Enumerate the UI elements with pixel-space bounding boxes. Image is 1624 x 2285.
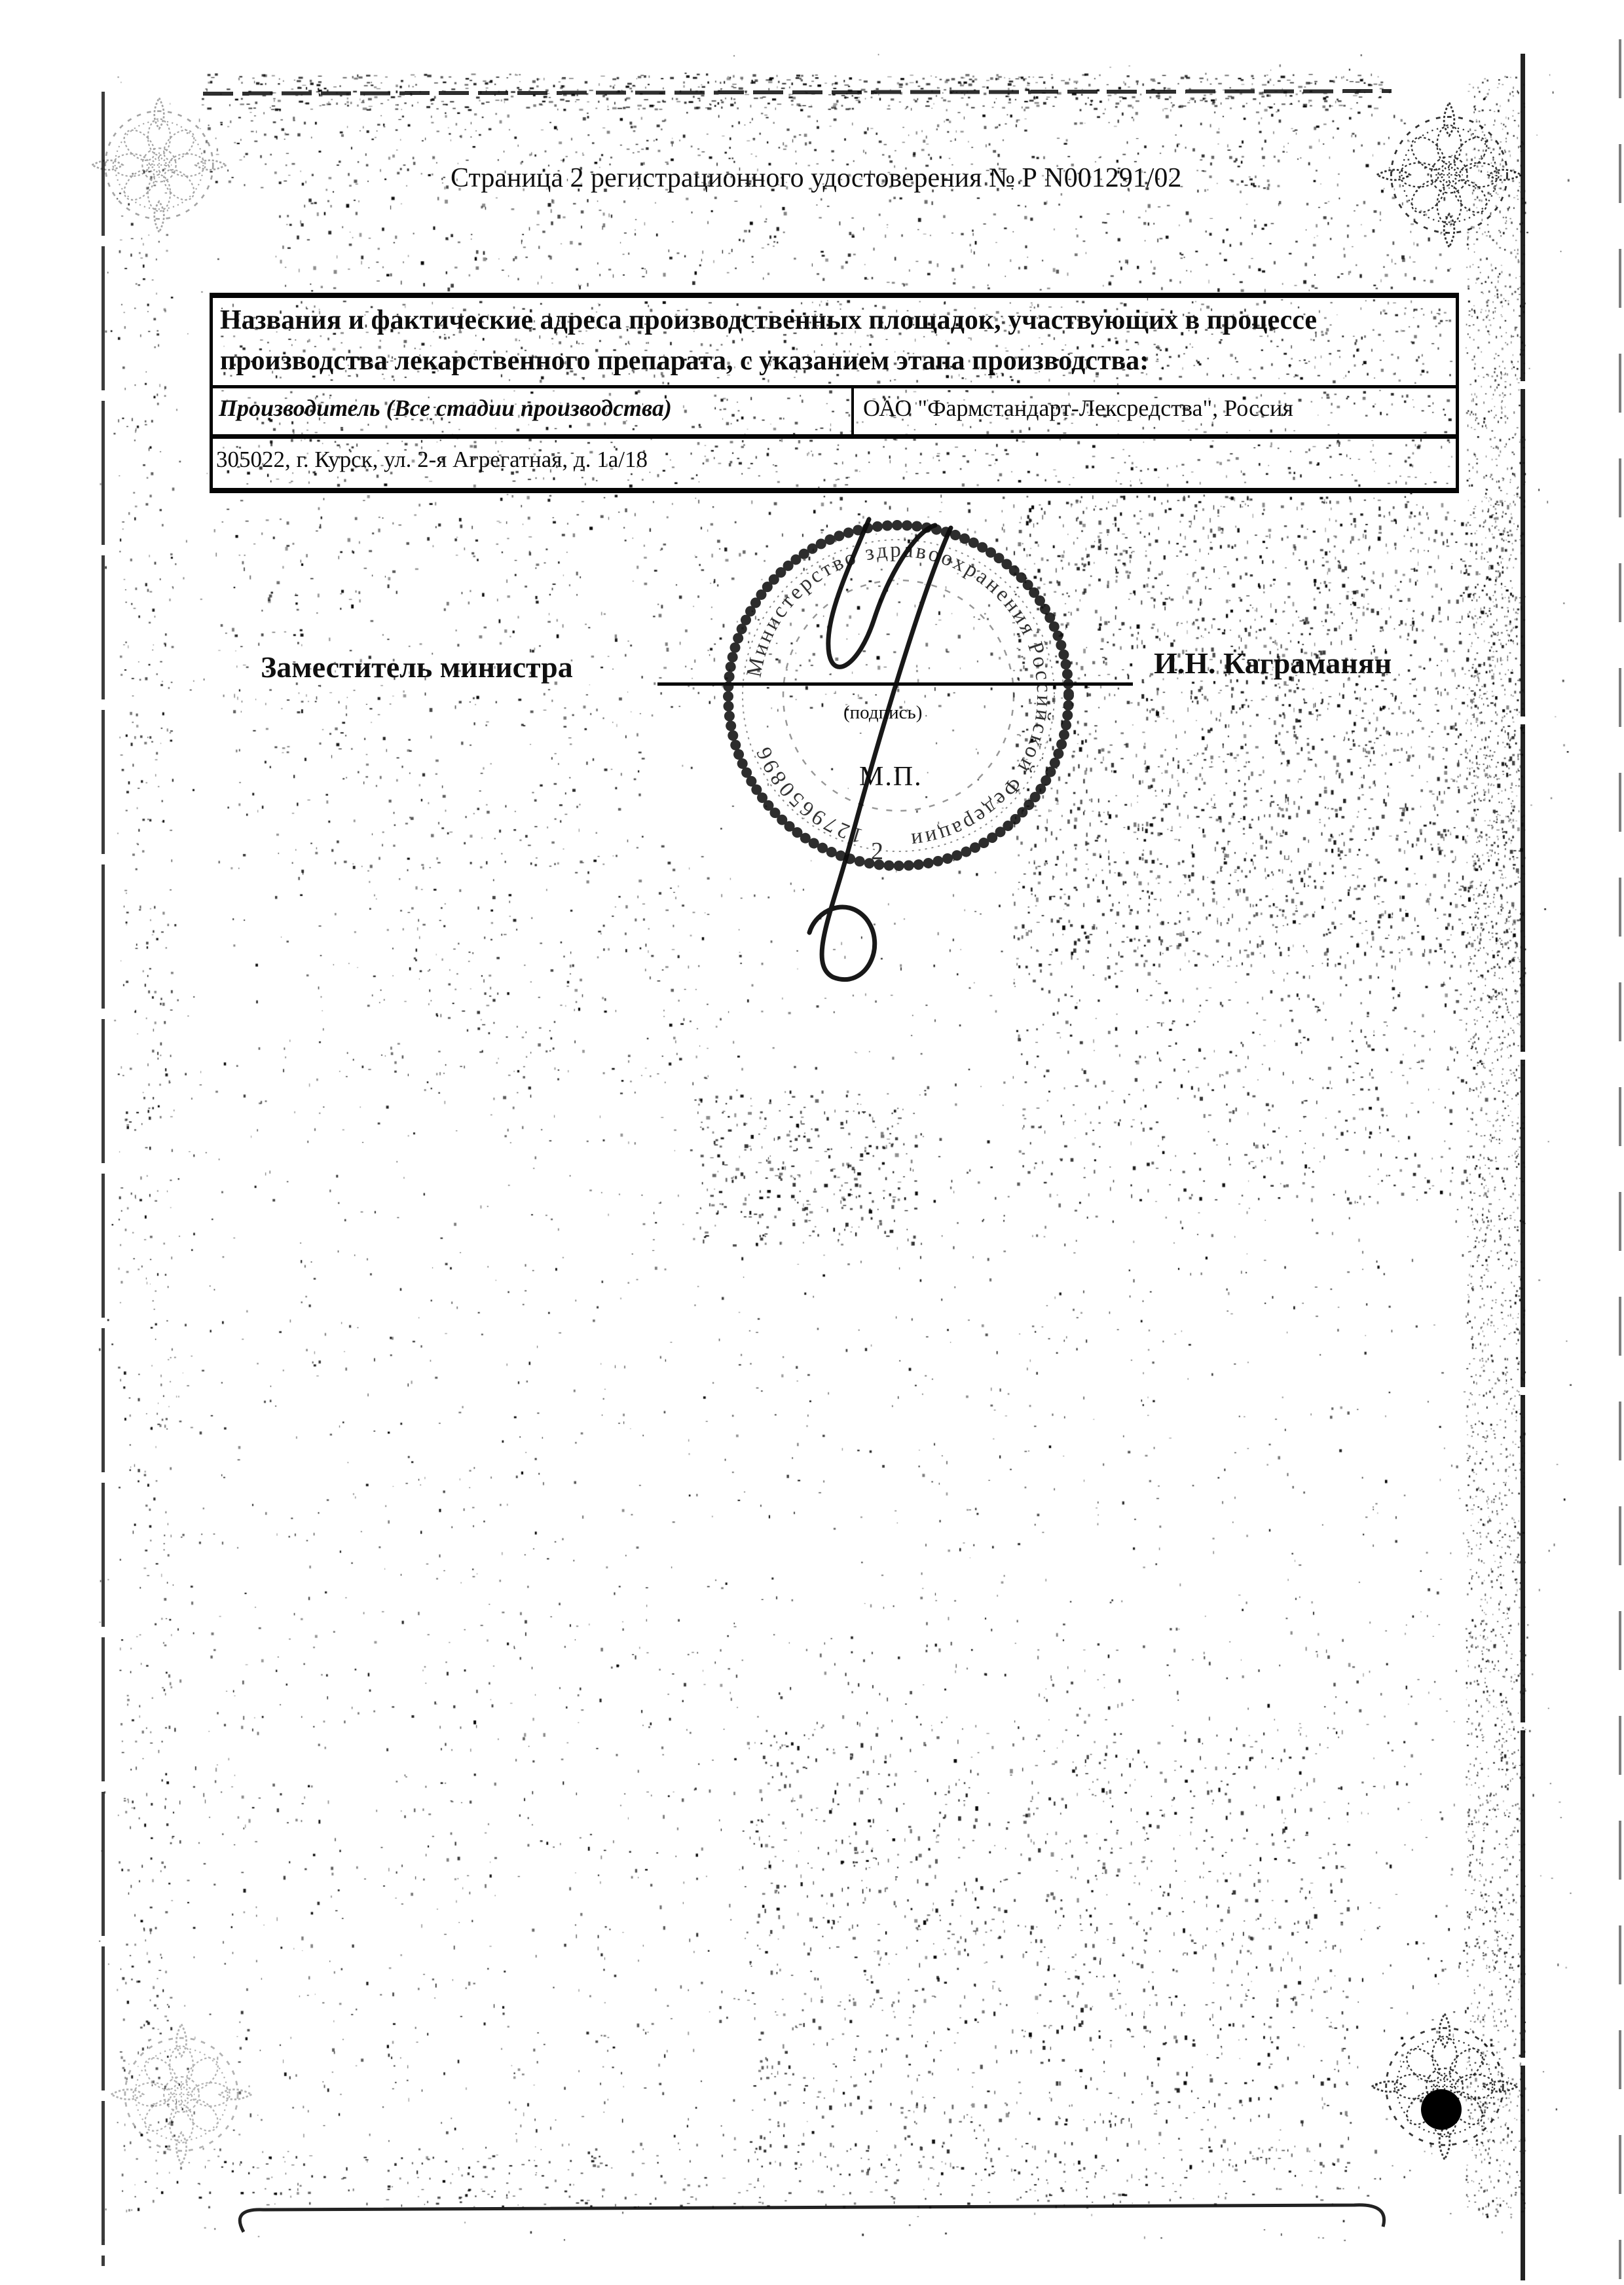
table-divider-1: [210, 385, 1459, 388]
handwritten-signature: [809, 519, 951, 980]
stamp-inner-guide-ring: [783, 580, 1014, 811]
table-border-top: [210, 293, 1459, 298]
corner-rosette-top-left-icon: [87, 93, 231, 237]
stamp-inner-number: 2: [871, 838, 883, 865]
table-column-divider: [851, 385, 854, 437]
right-frame-line: [1521, 54, 1525, 2280]
table-border-left: [210, 293, 213, 493]
table-border-bottom: [210, 488, 1459, 493]
ministry-round-stamp: Министерство здравоохранения Российской …: [707, 504, 1100, 1003]
manufacturer-label-cell: Производитель (Все стадии производства): [219, 394, 672, 422]
bottom-frame-line: [216, 2181, 1414, 2253]
scan-edge-line: [1619, 39, 1621, 2279]
manufacturer-address-cell: 305022, г. Курск, ул. 2-я Агрегатная, д.…: [216, 447, 648, 473]
corner-rosette-bottom-left-icon: [107, 2020, 256, 2169]
manufacturer-value-cell: ОАО "Фармстандарт-Лексредства", Россия: [863, 394, 1293, 422]
table-header-cell: Названия и фактические адреса производст…: [220, 300, 1405, 381]
scanned-document-page: Страница 2 регистрационного удостоверени…: [0, 0, 1624, 2285]
hole-punch-dot: [1421, 2089, 1462, 2130]
table-divider-2: [210, 434, 1459, 439]
svg-text:1279650896: 1279650896: [751, 741, 866, 847]
stamp-beaded-ring: [728, 525, 1069, 866]
stamp-ring-digits: 1279650896: [751, 741, 866, 847]
top-frame-dashed-line: [203, 89, 1392, 96]
corner-rosette-bottom-right-icon: [1369, 2011, 1521, 2163]
corner-rosette-top-right-icon: [1374, 100, 1524, 250]
page-title: Страница 2 регистрационного удостоверени…: [451, 162, 1181, 194]
left-frame-line: [101, 92, 105, 2266]
signer-position-title: Заместитель министра: [261, 650, 573, 684]
signer-name: И.Н. Каграманян: [1154, 646, 1392, 680]
table-border-right: [1456, 293, 1459, 493]
